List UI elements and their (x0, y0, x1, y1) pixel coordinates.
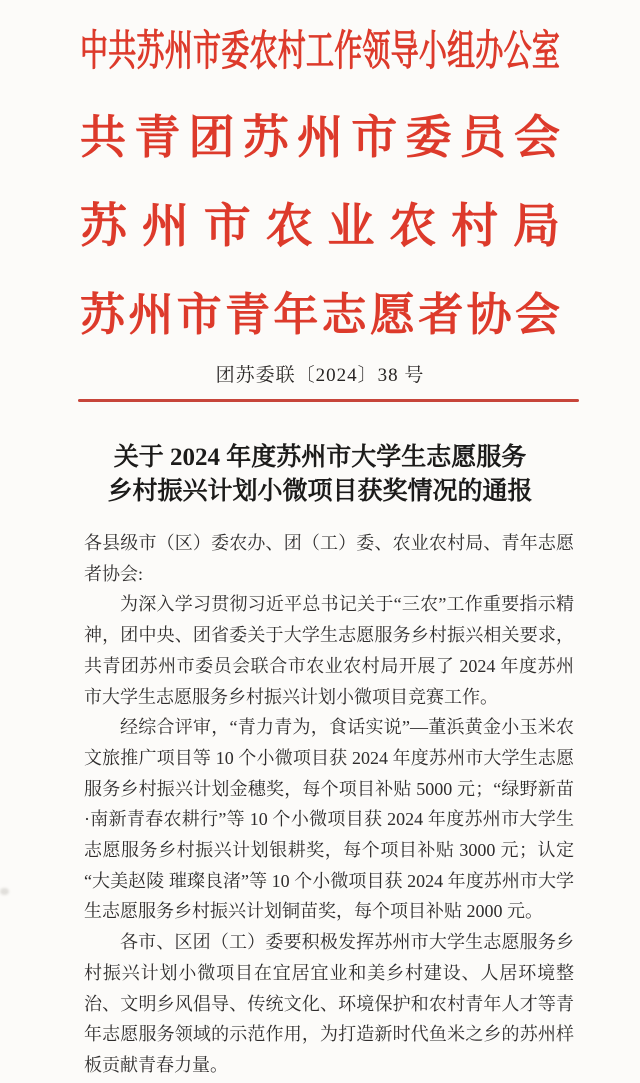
document-title-line-1: 关于 2024 年度苏州市大学生志愿服务 (0, 441, 640, 475)
letterhead-org-line-2: 共青团苏州市委员会 (80, 110, 560, 164)
document-title-line-2: 乡村振兴计划小微项目获奖情况的通报 (0, 475, 640, 509)
letterhead-org-line-4: 苏州市青年志愿者协会 (80, 288, 560, 342)
document-number: 团苏委联〔2024〕38 号 (0, 360, 640, 387)
document-body: 各县级市（区）委农办、团（工）委、农业农村局、青年志愿者协会: 为深入学习贯彻习… (84, 528, 574, 1081)
red-separator-line (78, 399, 579, 402)
document-page: 中共苏州市委农村工作领导小组办公室 共青团苏州市委员会 苏州市农业农村局 苏州市… (0, 0, 640, 1083)
body-paragraph-1: 为深入学习贯彻习近平总书记关于“三农”工作重要指示精神，团中央、团省委关于大学生… (84, 589, 574, 712)
scan-artifact (0, 888, 9, 895)
letterhead: 中共苏州市委农村工作领导小组办公室 (80, 28, 560, 74)
letterhead-org-line-3: 苏州市农业农村局 (80, 198, 560, 253)
letterhead-org-line-1: 中共苏州市委农村工作领导小组办公室 (80, 28, 560, 74)
document-title: 关于 2024 年度苏州市大学生志愿服务 乡村振兴计划小微项目获奖情况的通报 (0, 441, 640, 509)
salutation: 各县级市（区）委农办、团（工）委、农业农村局、青年志愿者协会: (84, 528, 574, 589)
body-paragraph-3: 各市、区团（工）委要积极发挥苏州市大学生志愿服务乡村振兴计划小微项目在宜居宜业和… (84, 927, 574, 1081)
body-paragraph-2: 经综合评审，“青力青为，食话实说”—董浜黄金小玉米农文旅推广项目等 10 个小微… (84, 712, 574, 927)
